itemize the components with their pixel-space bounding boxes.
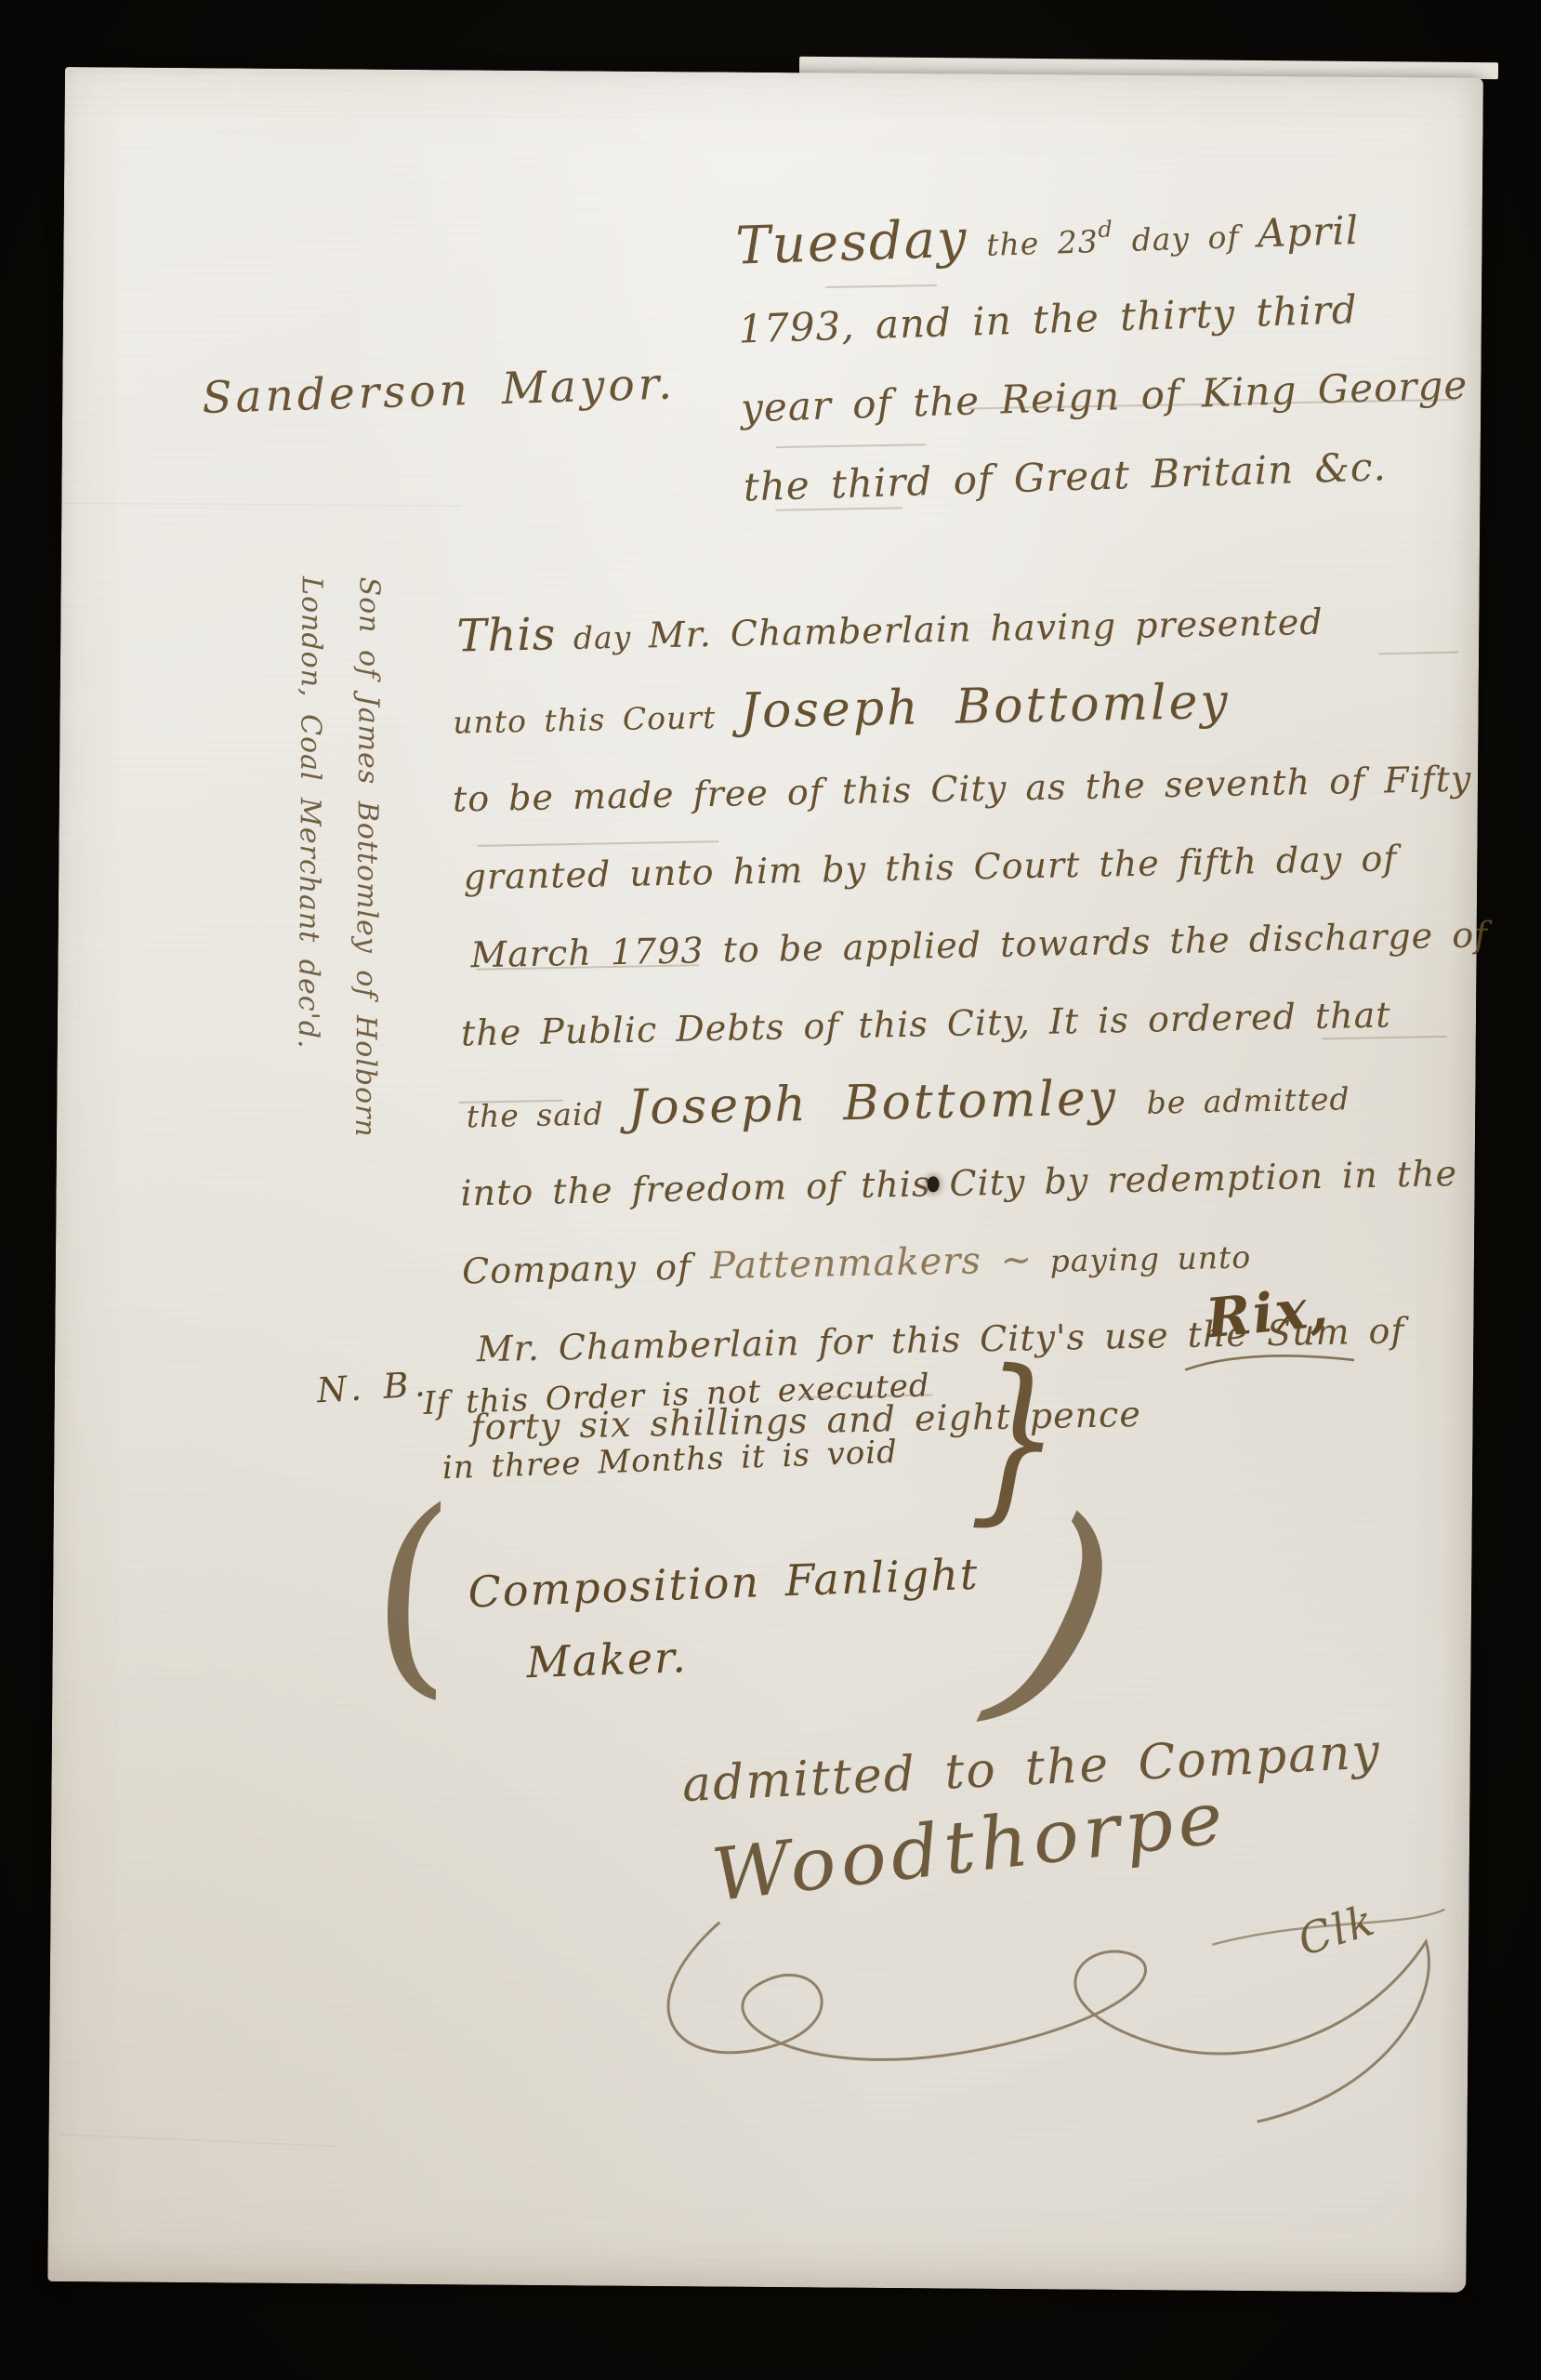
paper-crease — [61, 502, 461, 507]
text-segment: 1793, and in the thirty third — [738, 286, 1359, 351]
mayor-name: Sanderson Mayor. — [202, 358, 677, 424]
margin-note-line: London, Coal Merchant dec'd. — [277, 576, 340, 1274]
clerk-flourish — [1181, 1351, 1358, 1376]
text-segment: day — [556, 618, 649, 656]
text-segment: into the freedom of this City by redempt… — [460, 1153, 1457, 1214]
text-segment: Tuesday — [734, 209, 968, 277]
nb-label: N. B. — [316, 1364, 432, 1411]
text-segment: the 23 — [968, 223, 1099, 263]
margin-note-line: Son of James Bottomley of Holborn — [335, 576, 398, 1274]
text-segment: unto this Court — [453, 699, 717, 741]
clerk-initial: Rix, — [1204, 1276, 1333, 1351]
margin-note: Son of James Bottomley of Holborn London… — [270, 576, 398, 1275]
text-segment: day of — [1113, 218, 1258, 259]
text-segment: April — [1257, 207, 1360, 256]
text-segment: paying unto — [1033, 1238, 1252, 1279]
paper-hole — [928, 1176, 940, 1192]
text-segment: to be made free of this City as the seve… — [452, 759, 1471, 820]
text-segment: the third of Great Britain &c. — [743, 443, 1387, 509]
text-segment: Company of — [462, 1246, 711, 1291]
text-segment: This — [456, 608, 557, 662]
text-segment: Mr. Chamberlain having presented — [648, 602, 1324, 656]
text-segment: granted unto him by this Court the fifth… — [463, 838, 1398, 897]
text-segment: the Public Debts of this City, It is ord… — [461, 994, 1391, 1053]
nb-note: If this Order is not executed in three M… — [422, 1354, 933, 1501]
signature-flourish — [606, 1884, 1482, 2188]
text-segment: year of the Reign of King George — [740, 362, 1469, 430]
text-segment: Joseph Bottomley — [740, 674, 1231, 740]
photo-background: Tuesday the 23d day of April1793, and in… — [0, 0, 1541, 2380]
text-segment: d — [1098, 217, 1113, 244]
trade-description: Composition Fanlight Maker. — [467, 1538, 982, 1701]
text-segment: Pattenmakers ~ — [710, 1238, 1034, 1288]
text-segment: Joseph Bottomley — [627, 1070, 1119, 1136]
manuscript-page: Tuesday the 23d day of April1793, and in… — [47, 67, 1483, 2293]
trade-line: Maker. — [525, 1610, 982, 1699]
flourish-left: ( — [352, 1485, 470, 1710]
paper-crease — [59, 2134, 337, 2148]
date-block: Tuesday the 23d day of April1793, and in… — [734, 182, 1479, 531]
text-segment: be admitted — [1129, 1080, 1350, 1121]
